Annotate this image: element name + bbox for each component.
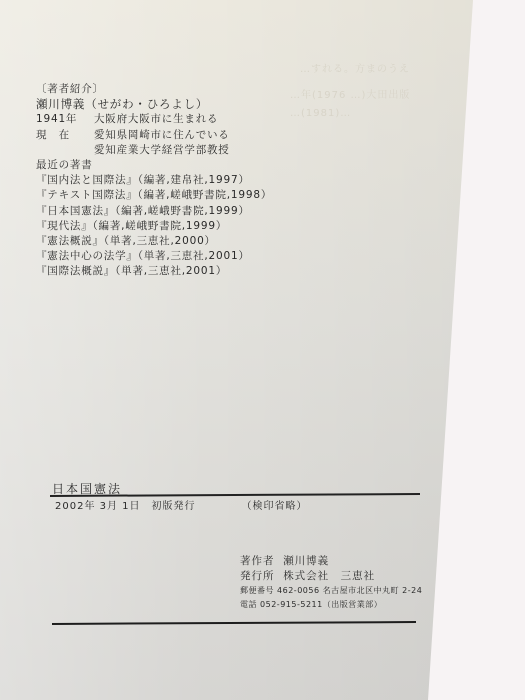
author-name: 瀬川博義（せがわ・ひろよし） — [36, 97, 272, 112]
edition-line: 2002年 3月 1日 初版発行（検印省略） — [55, 497, 308, 512]
author-credit-name: 瀬川博義 — [283, 555, 329, 567]
author-label: 著作者 — [240, 555, 275, 567]
work-item: 『憲法概説』（単著,三恵社,2000） — [36, 234, 272, 249]
author-intro-heading: 〔著者紹介〕 — [36, 82, 272, 97]
birth-line: 1941年大阪府大阪市に生まれる — [36, 112, 272, 127]
recent-works-heading: 最近の著書 — [36, 158, 272, 173]
work-item: 『憲法中心の法学』（単著,三恵社,2001） — [36, 249, 272, 264]
work-item: 『テキスト国際法』（編著,嵯峨野書院,1998） — [36, 188, 272, 203]
phone-number: 電話 052-915-5211（出版営業部） — [240, 598, 422, 612]
work-item: 『国際法概説』（単著,三恵社,2001） — [36, 264, 272, 279]
seal-omitted-note: （検印省略） — [242, 501, 308, 512]
birth-place: 大阪府大阪市に生まれる — [94, 113, 218, 125]
publisher-block: 著作者 瀬川博義 発行所 株式会社 三恵社 郵便番号 462-0056 名古屋市… — [240, 554, 422, 612]
current-residence: 愛知県岡崎市に住んでいる — [94, 129, 230, 141]
publisher-label: 発行所 — [240, 570, 275, 582]
bleed-through-text: …すれる。方まのうえ — [300, 60, 410, 75]
current-position: 愛知産業大学経営学部教授 — [36, 143, 272, 158]
publisher-credit: 発行所 株式会社 三恵社 — [240, 569, 422, 584]
work-item: 『国内法と国際法』（編著,建帛社,1997） — [36, 173, 272, 188]
current-line: 現 在愛知県岡崎市に住んでいる — [36, 128, 272, 143]
postal-address: 郵便番号 462-0056 名古屋市北区中丸町 2-24 — [240, 584, 422, 598]
work-item: 『現代法』（編著,嵯峨野書院,1999） — [36, 219, 272, 234]
edition-date: 2002年 3月 1日 初版発行 — [55, 501, 196, 512]
work-item: 『日本国憲法』（編著,嵯峨野書院,1999） — [36, 204, 272, 219]
bleed-through-text: …(1981)… — [290, 108, 351, 119]
author-credit: 著作者 瀬川博義 — [240, 554, 422, 569]
birth-year: 1941年 — [36, 112, 94, 127]
author-introduction: 〔著者紹介〕 瀬川博義（せがわ・ひろよし） 1941年大阪府大阪市に生まれる 現… — [36, 82, 272, 280]
publisher-name: 株式会社 三恵社 — [283, 570, 375, 582]
bleed-through-text: …年(1976 …)大田出版 — [290, 86, 410, 101]
current-label: 現 在 — [36, 128, 94, 143]
